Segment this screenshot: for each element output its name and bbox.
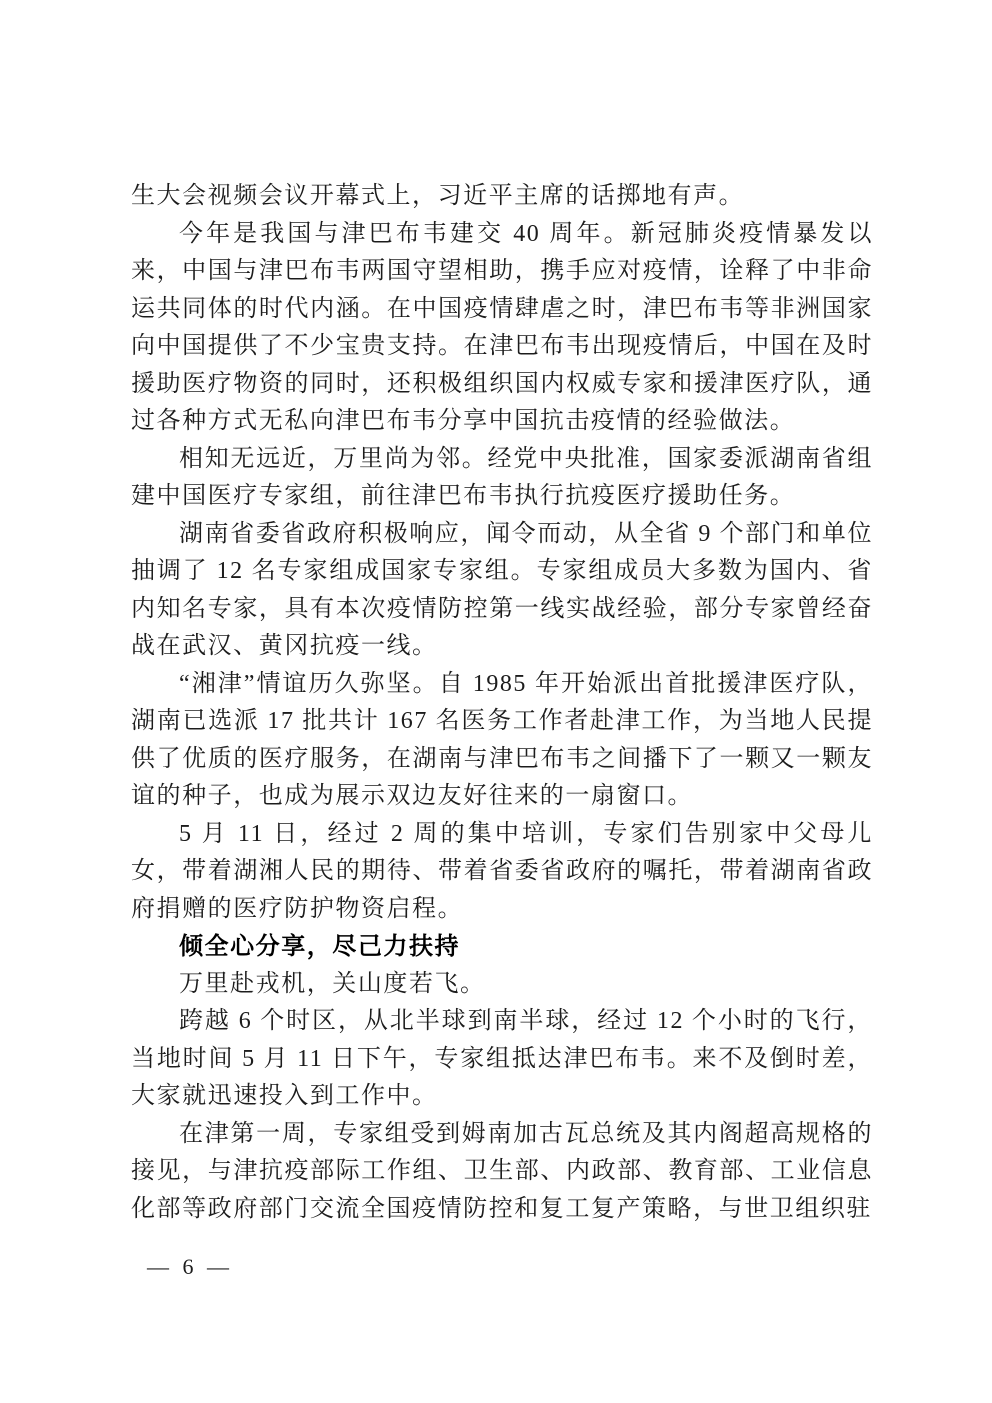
document-body: 生大会视频会议开幕式上，习近平主席的话掷地有声。 今年是我国与津巴布韦建交 40… [131,178,873,1228]
paragraph: 在津第一周，专家组受到姆南加古瓦总统及其内阁超高规格的接见，与津抗疫部际工作组、… [131,1116,873,1229]
paragraph-continuation: 生大会视频会议开幕式上，习近平主席的话掷地有声。 [131,178,873,216]
page-footer: — 6 — [147,1252,233,1282]
section-heading: 倾全心分享，尽己力扶持 [131,928,873,966]
paragraph: 5 月 11 日，经过 2 周的集中培训，专家们告别家中父母儿女，带着湖湘人民的… [131,816,873,929]
page-number: — 6 — [147,1254,233,1279]
paragraph: 万里赴戎机，关山度若飞。 [131,966,873,1004]
paragraph: 今年是我国与津巴布韦建交 40 周年。新冠肺炎疫情暴发以来，中国与津巴布韦两国守… [131,216,873,441]
paragraph: 跨越 6 个时区，从北半球到南半球，经过 12 个小时的飞行，当地时间 5 月 … [131,1003,873,1116]
document-page: 生大会视频会议开幕式上，习近平主席的话掷地有声。 今年是我国与津巴布韦建交 40… [0,0,992,1403]
paragraph: 湖南省委省政府积极响应，闻令而动，从全省 9 个部门和单位抽调了 12 名专家组… [131,516,873,666]
paragraph: 相知无远近，万里尚为邻。经党中央批准，国家委派湖南省组建中国医疗专家组，前往津巴… [131,441,873,516]
paragraph: “湘津”情谊历久弥坚。自 1985 年开始派出首批援津医疗队，湖南已选派 17 … [131,666,873,816]
